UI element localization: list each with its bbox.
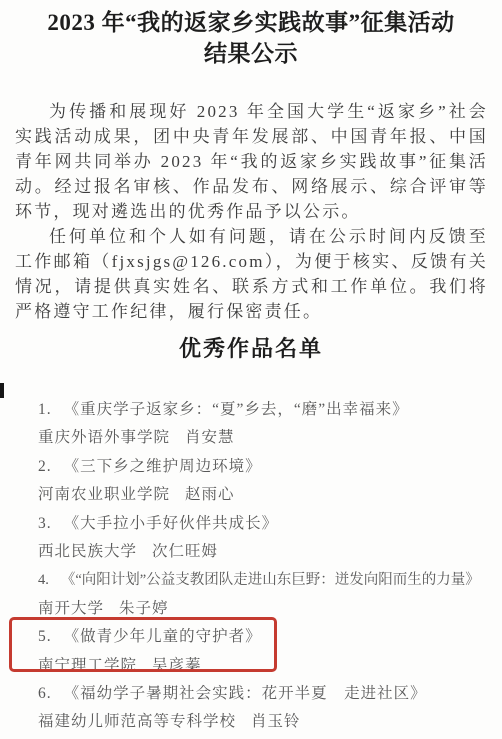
- work-school: 西北民族大学: [38, 543, 137, 560]
- document-title-line1: 2023 年“我的返家乡实践故事”征集活动: [0, 7, 502, 38]
- work-title: 《大手拉小手好伙伴共成长》: [64, 515, 279, 532]
- document-title: 2023 年“我的返家乡实践故事”征集活动 结果公示: [0, 7, 502, 69]
- scan-edge-artifact: [0, 383, 4, 398]
- work-number: 1.: [38, 396, 52, 424]
- work-title-row: 6.《福幼学子暑期社会实践：花开半夏 走进社区》: [38, 680, 494, 708]
- work-number: 4.: [38, 566, 49, 594]
- work-number: 6.: [38, 680, 52, 708]
- work-credit-row: 重庆外语外事学院肖安慧: [38, 424, 494, 452]
- works-list: 1.《重庆学子返家乡：“夏”乡去，“磨”出幸福来》 重庆外语外事学院肖安慧 2.…: [38, 396, 494, 737]
- body-paragraphs: 为传播和展现好 2023 年全国大学生“返家乡”社会实践活动成果，团中央青年发展…: [15, 99, 488, 324]
- work-author: 赵雨心: [185, 486, 235, 503]
- work-school: 河南农业职业学院: [38, 486, 170, 503]
- work-title: 《做青少年儿童的守护者》: [64, 628, 262, 645]
- work-title-row-highlighted: 5.《做青少年儿童的守护者》: [38, 623, 494, 651]
- work-number: 3.: [38, 510, 52, 538]
- work-author: 肖玉铃: [251, 713, 301, 730]
- work-number: 2.: [38, 453, 52, 481]
- work-author: 次仁旺姆: [152, 543, 218, 560]
- work-title: 《三下乡之维护周边环境》: [64, 458, 262, 475]
- work-school: 重庆外语外事学院: [38, 429, 170, 446]
- work-credit-row: 河南农业职业学院赵雨心: [38, 481, 494, 509]
- section-heading-works-list: 优秀作品名单: [0, 332, 502, 363]
- work-school: 福建幼儿师范高等专科学校: [38, 713, 236, 730]
- work-credit-row-highlighted: 南宁理工学院吴彦蓁: [38, 652, 494, 680]
- work-title-row: 2.《三下乡之维护周边环境》: [38, 453, 494, 481]
- announcement-document: 2023 年“我的返家乡实践故事”征集活动 结果公示 为传播和展现好 2023 …: [0, 0, 502, 739]
- paragraph-intro: 为传播和展现好 2023 年全国大学生“返家乡”社会实践活动成果，团中央青年发展…: [15, 99, 488, 224]
- work-credit-row: 西北民族大学次仁旺姆: [38, 538, 494, 566]
- work-title: 《“向阳计划”公益支教团队走进山东巨野：迸发向阳而生的力量》: [61, 572, 480, 588]
- work-title: 《重庆学子返家乡：“夏”乡去，“磨”出幸福来》: [64, 401, 409, 418]
- work-number: 5.: [38, 623, 52, 651]
- work-title-row: 3.《大手拉小手好伙伴共成长》: [38, 510, 494, 538]
- work-school: 南开大学: [38, 600, 104, 617]
- work-title-row: 4.《“向阳计划”公益支教团队走进山东巨野：迸发向阳而生的力量》: [38, 566, 494, 594]
- work-credit-row: 南开大学朱子婷: [38, 595, 494, 623]
- work-credit-row: 福建幼儿师范高等专科学校肖玉铃: [38, 708, 494, 736]
- document-title-line2: 结果公示: [0, 38, 502, 69]
- work-author: 肖安慧: [185, 429, 235, 446]
- work-author: 吴彦蓁: [152, 657, 202, 674]
- work-title-row: 1.《重庆学子返家乡：“夏”乡去，“磨”出幸福来》: [38, 396, 494, 424]
- paragraph-contact: 任何单位和个人如有问题，请在公示时间内反馈至工作邮箱（fjxsjgs@126.c…: [15, 224, 488, 324]
- work-title: 《福幼学子暑期社会实践：花开半夏 走进社区》: [64, 685, 427, 702]
- work-school: 南宁理工学院: [38, 657, 137, 674]
- work-author: 朱子婷: [119, 600, 169, 617]
